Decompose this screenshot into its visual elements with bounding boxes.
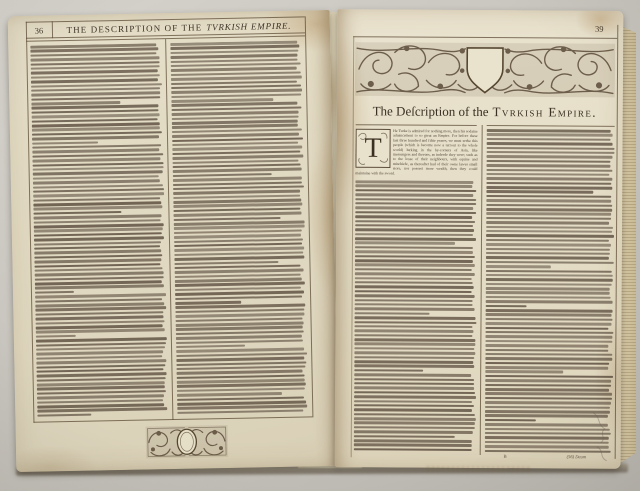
left-pagenumber-divider-rule (52, 21, 53, 38)
signature-mark: B (504, 454, 507, 459)
page-title: The Deſcription of the Tvrkish Empire. (351, 101, 619, 123)
right-frame-right-rule (615, 25, 619, 459)
opening-paragraph: T He Turke is admired for nothing more, … (355, 128, 477, 179)
left-page-number: 36 (27, 22, 51, 37)
catchword: (56) Deum (567, 455, 586, 460)
title-lead: The Deſcription of the (373, 103, 489, 120)
ink-showthrough (427, 466, 531, 473)
left-column-1-print-lines (30, 43, 168, 419)
running-header-italic: TVRKISH EMPIRE. (206, 20, 291, 32)
running-header-roman: THE DESCRIPTION OF THE (66, 22, 202, 35)
tailpiece-ornament-icon (145, 424, 230, 460)
right-page: 39 (335, 9, 624, 469)
left-column-2-print-lines (170, 41, 308, 417)
headpiece-ornament-icon (355, 40, 615, 100)
left-page: 36 THE DESCRIPTION OF THE TVRKISH EMPIRE… (8, 10, 339, 472)
right-column-divider-rule (480, 125, 483, 455)
right-frame-top-rule (353, 36, 617, 39)
margin-handwriting (587, 407, 617, 465)
right-col1-top-rule (356, 124, 477, 126)
title-small-caps: Tvrkish Empire. (492, 104, 597, 121)
right-page-number: 39 (589, 24, 609, 34)
right-col2-top-rule (487, 125, 615, 127)
drop-cap-initial: T (355, 129, 390, 168)
signature-row: B (56) Deum (351, 453, 615, 465)
book-scan-photo: 36 THE DESCRIPTION OF THE TVRKISH EMPIRE… (0, 0, 640, 491)
right-column-1-print-lines (354, 180, 478, 455)
drop-cap-letter: T (356, 130, 389, 167)
